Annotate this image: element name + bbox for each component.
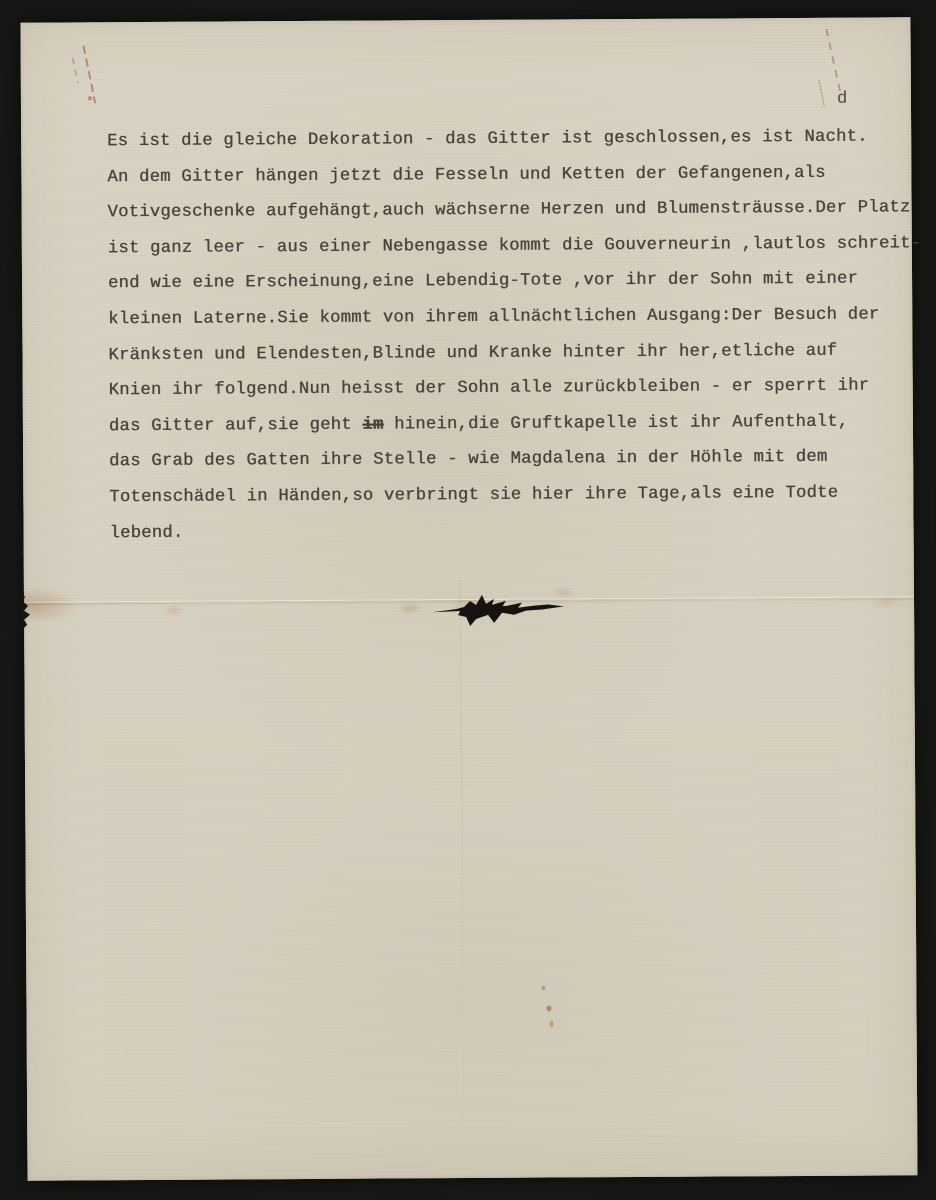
- typewritten-line: das Grab des Gatten ihre Stelle - wie Ma…: [109, 449, 909, 471]
- typewritten-line-with-strikeout: das Gitter auf,sie geht im hinein,die Gr…: [109, 413, 909, 435]
- typewritten-line: Kränksten und Elendesten,Blinde und Kran…: [108, 342, 908, 364]
- line-segment: das Gitter auf,sie geht: [109, 415, 363, 436]
- typewritten-line: Totenschädel in Händen,so verbringt sie …: [109, 484, 909, 506]
- typewritten-line: Es ist die gleiche Dekoration - das Gitt…: [107, 128, 907, 150]
- typewritten-line: kleinen Laterne.Sie kommt von ihrem alln…: [108, 306, 908, 328]
- struck-out-word: im: [362, 415, 383, 434]
- typewritten-line: Votivgeschenke aufgehängt,auch wächserne…: [108, 200, 908, 222]
- rust-speck: [541, 986, 545, 991]
- typewritten-line: Knien ihr folgend.Nun heisst der Sohn al…: [109, 377, 909, 399]
- left-edge-tear-notch: [21, 593, 35, 633]
- paper-tear-hole: [430, 584, 570, 635]
- rust-speck: [550, 1020, 554, 1027]
- fold-crease-horizontal: [24, 597, 914, 605]
- line-segment: hinein,die Gruftkapelle ist ihr Aufentha…: [384, 412, 849, 434]
- typewritten-text-block: Es ist die gleiche Dekoration - das Gitt…: [107, 128, 910, 560]
- typewritten-line: ist ganz leer - aus einer Nebengasse kom…: [108, 235, 908, 257]
- typewritten-line: end wie eine Erscheinung,eine Lebendig-T…: [108, 271, 908, 293]
- typewritten-line: An dem Gitter hängen jetzt die Fesseln u…: [107, 164, 907, 186]
- typewritten-line: lebend.: [110, 520, 910, 542]
- rust-speck: [546, 1006, 551, 1012]
- fold-crease-vertical-faint: [460, 580, 465, 1170]
- scanned-paper-sheet: d Es ist die gleiche Dekoration - das Gi…: [20, 17, 917, 1180]
- page-number-marker: d: [837, 90, 847, 109]
